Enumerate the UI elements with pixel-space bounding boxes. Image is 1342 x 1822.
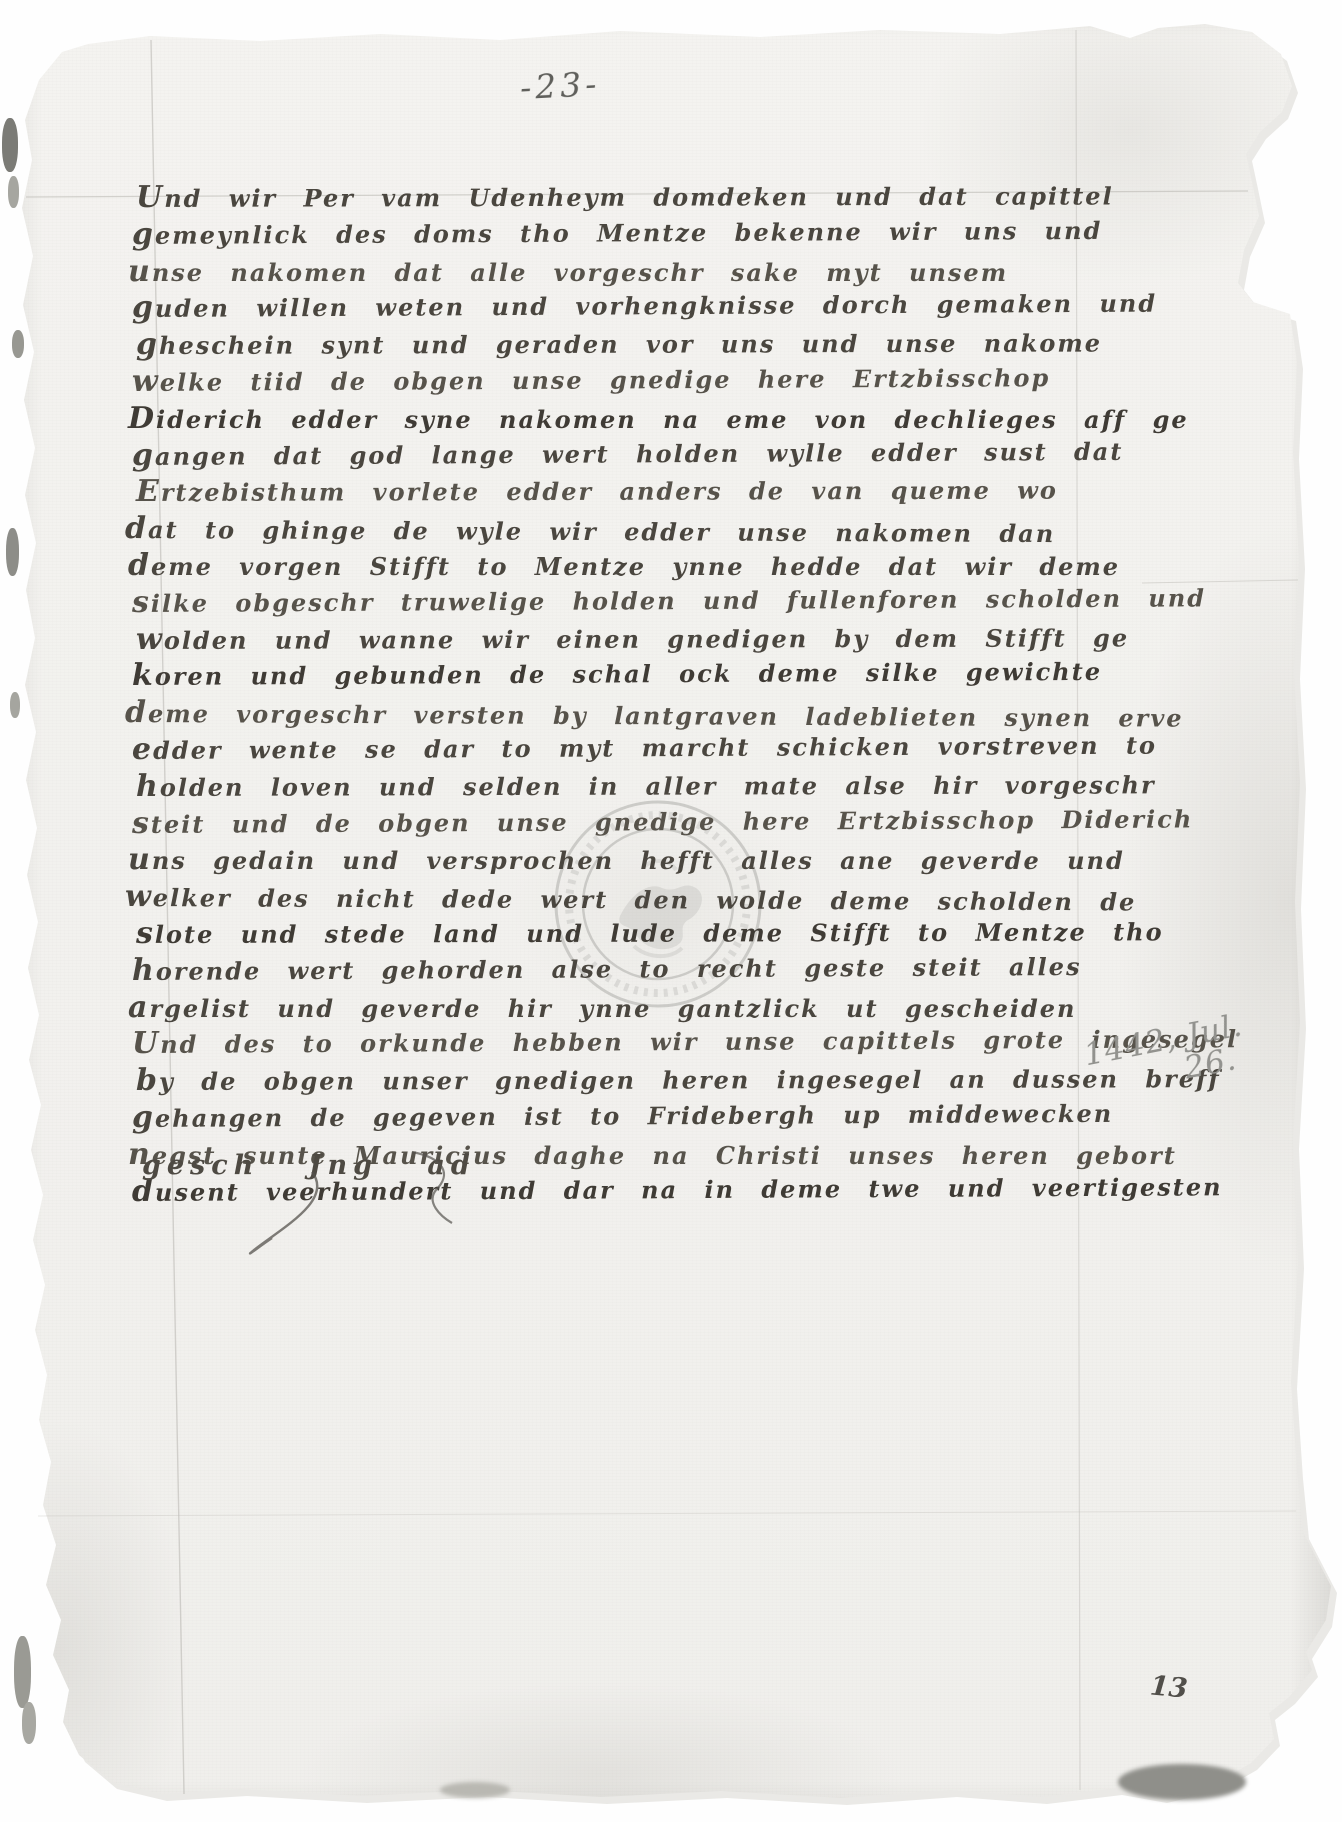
edge-tear-mark [14, 1636, 31, 1708]
text-line: koren und gebunden de schal ock deme sil… [132, 654, 1052, 696]
edge-tear-mark [10, 692, 20, 718]
edge-tear-mark [2, 118, 18, 172]
text-line: silke obgeschr truwelige holden und full… [132, 580, 1052, 622]
text-line: horende wert gehorden alse to recht gest… [132, 948, 1052, 990]
text-line: uns gedain und versprochen hefft alles a… [128, 842, 1048, 879]
text-line: Und des to orkunde hebben wir unse capit… [132, 1021, 1052, 1063]
text-line: guden willen weten und vorhengknisse dor… [132, 286, 1052, 328]
text-line: gheschein synt und geraden vor uns und u… [136, 325, 1056, 364]
text-line: steit und de obgen unse gnedige here Ert… [132, 801, 1052, 843]
text-line: deme vorgen Stifft to Mentze ynne hedde … [128, 548, 1048, 585]
page-number: -23- [519, 64, 601, 107]
folio-number: 13 [1149, 1670, 1189, 1704]
edge-tear-mark [8, 176, 19, 208]
closing-mark: gesch Jng ad [142, 1150, 476, 1181]
edge-tear-mark [6, 528, 19, 576]
text-line: unse nakomen dat alle vorgeschr sake myt… [128, 254, 1048, 291]
text-line: dat to ghinge de wyle wir edder unse nak… [125, 511, 1045, 552]
text-line: gemeynlick des doms tho Mentze bekenne w… [132, 212, 1052, 254]
edge-tear-mark [12, 330, 24, 358]
text-line: argelist und geverde hir ynne gantzlick … [128, 990, 1048, 1027]
text-line: Ertzebisthum vorlete edder anders de van… [136, 472, 1056, 511]
text-line: edder wente se dar to myt marcht schicke… [132, 727, 1052, 769]
edge-tear-mark [22, 1702, 36, 1744]
manuscript-text-block: Und wir Per vam Udenheym domdeken und da… [128, 180, 1048, 1210]
text-line: holden loven und selden in aller mate al… [136, 766, 1056, 805]
document-scan: Und wir Per vam Udenheym domdeken und da… [0, 0, 1342, 1822]
text-line: Und wir Per vam Udenheym domdeken und da… [136, 178, 1056, 217]
bottom-smudge [440, 1782, 510, 1798]
text-line: gangen dat god lange wert holden wylle e… [132, 433, 1052, 475]
text-line: gehangen de gegeven ist to Fridebergh up… [132, 1095, 1052, 1137]
text-line: Diderich edder syne nakomen na eme von d… [128, 401, 1048, 438]
text-line: welke tiid de obgen unse gnedige here Er… [132, 359, 1052, 401]
bottom-smudge [1118, 1764, 1246, 1800]
text-line: wolden und wanne wir einen gnedigen by d… [136, 619, 1056, 658]
text-line: by de obgen unser gnedigen heren ingeseg… [136, 1061, 1056, 1100]
text-line: slote und stede land und lude deme Stiff… [136, 914, 1056, 953]
